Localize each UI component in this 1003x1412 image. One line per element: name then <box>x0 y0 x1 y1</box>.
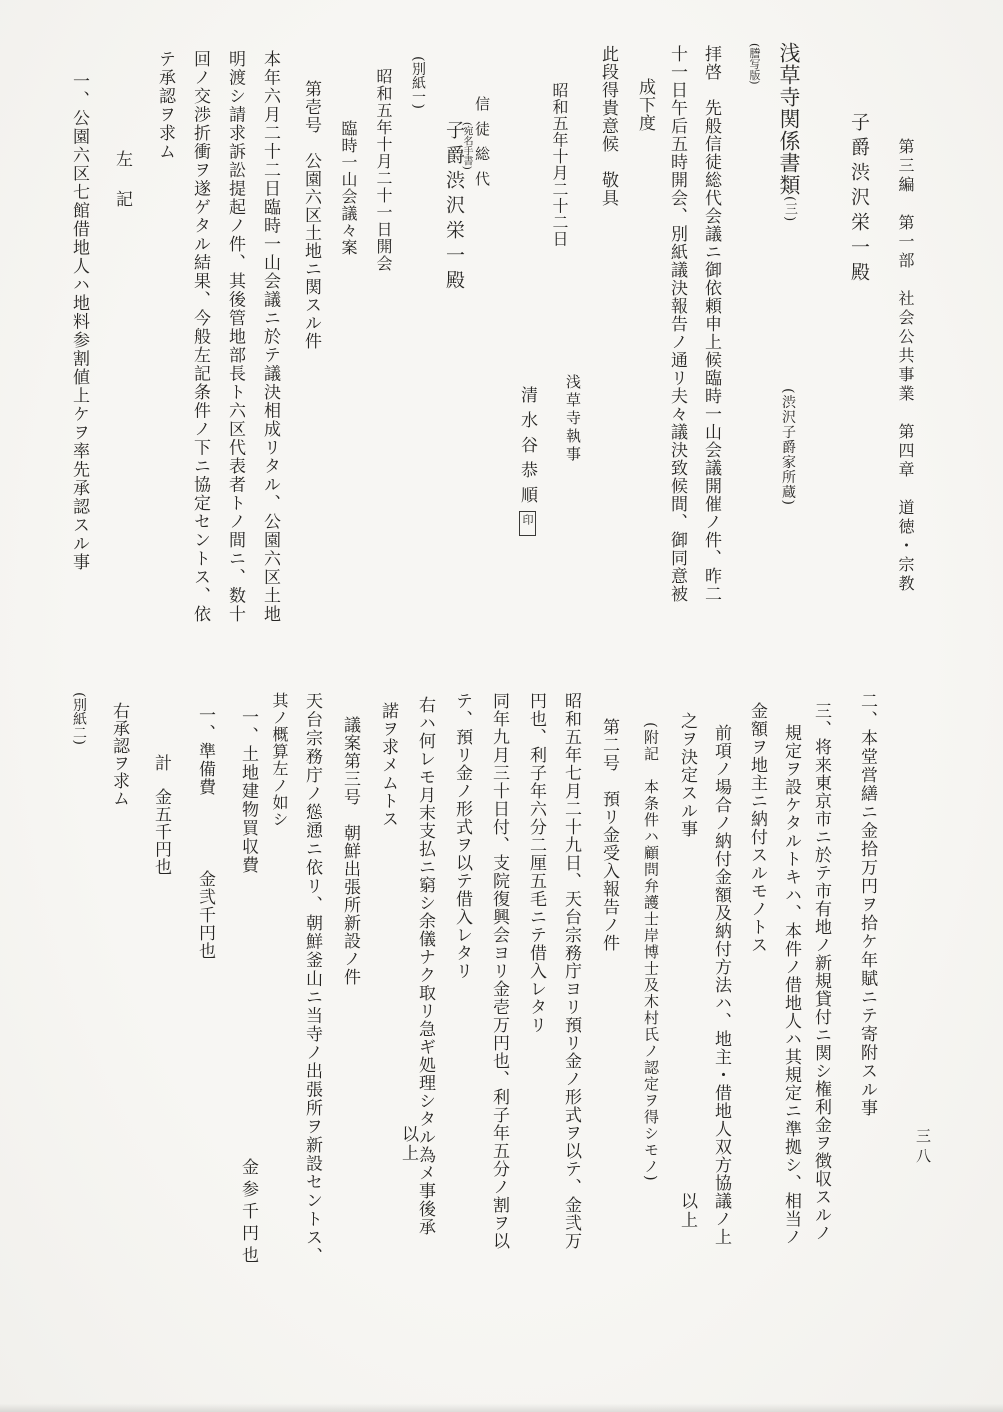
agenda-item1-line-4: テ承認ヲ求ム <box>156 50 173 161</box>
document-source-note: (渋沢子爵家所蔵) <box>781 388 795 506</box>
agenda-condition-3-line-1: 三、将来東京市ニ於テ市有地ノ新規貸付ニ関シ権利金ヲ徴収スルノ <box>812 702 829 1242</box>
item3-approval-request: 右承認ヲ求ム <box>110 702 127 807</box>
agenda-item3-line-2: 其ノ概算左ノ如シ <box>271 692 287 828</box>
letter-line-1: 拝啓 先般信徒総代会議ニ御依頼申上候臨時一山会議開催ノ件、昨二 <box>702 45 719 603</box>
recipient-name: 子爵渋沢栄一殿 <box>444 120 463 295</box>
sender-name: 清水谷恭順印 <box>518 386 542 536</box>
agenda-item1-title: 第壱号 公園六区土地ニ関スル件 <box>302 80 319 350</box>
header-addressee: 子爵渋沢栄一殿 <box>849 112 868 287</box>
agenda-item2-line-3: 同年九月三十日付、支院復興会ヨリ金壱万円也、利子年五分ノ割ヲ以 <box>490 692 507 1250</box>
recipient-role: 信徒総代 <box>474 96 489 196</box>
agenda-condition-3-line-2: 規定ヲ設ケタルトキハ、本件ノ借地人ハ其規定ニ準拠シ、相当ノ <box>782 724 799 1246</box>
annex1-meeting-name: 臨時一山会議々案 <box>340 120 356 256</box>
agenda-condition-1: 一、公園六区七館借地人ハ地料参割値上ケヲ率先承認スル事 <box>70 72 87 572</box>
item1-end-marker: 以上 <box>678 1192 695 1230</box>
agenda-condition-3-line-3: 金額ヲ地主ニ納付スルモノトス <box>748 702 765 954</box>
agenda-item2-line-4: テ、預リ金ノ形式ヲ以テ借入レタリ <box>453 692 470 980</box>
agenda-item2-line-2: 円也、利子年六分二厘五毛ニテ借入レタリ <box>527 692 544 1034</box>
letter-line-2: 十一日午后五時開会、別紙議決報告ノ通リ夫々議決致候間、御同意被 <box>668 45 685 603</box>
agenda-condition-3-line-5: 之ヲ決定スル事 <box>678 712 695 838</box>
annex1-label: (別紙一) <box>411 56 425 109</box>
annex2-label: (別紙二) <box>72 692 86 745</box>
agenda-item3-line-1: 天台宗務庁ノ慫慂ニ依リ、朝鮮釜山ニ当寺ノ出張所ヲ新設セントス、 <box>303 692 320 1266</box>
item3-cost2-label: 一、準備費 <box>196 706 213 796</box>
document-page: { "page": { "number": "三八" }, "header": … <box>0 0 1003 1412</box>
agenda-item2-line-1: 昭和五年七月二十九日、天台宗務庁ヨリ預リ金ノ形式ヲ以テ、金弐万 <box>562 692 579 1250</box>
print-note: (謄写版) <box>749 43 760 85</box>
item1-postscript: (附記 本条件ハ顧問弁護士岸博士及木村氏ノ認定ヲ得シモノ) <box>643 722 658 1182</box>
agenda-item2-line-5: 右ハ何レモ月末支払ニ窮シ余儀ナク取リ急ギ処理シタル為メ事後承 <box>416 696 433 1236</box>
agenda-item2-title: 第二号 預リ金受入報告ノ件 <box>600 718 617 952</box>
item3-total-label: 計 <box>152 754 169 771</box>
agenda-saki-heading: 左 記 <box>113 150 130 210</box>
letter-date: 昭和五年十月二十二日 <box>551 82 567 247</box>
sender-title: 浅草寺執事 <box>565 374 580 464</box>
sender-name-text: 清水谷恭順 <box>517 386 537 511</box>
agenda-item3-title: 議案第三号 朝鮮出張所新設ノ件 <box>341 716 358 986</box>
agenda-condition-2: 二、本堂営繕ニ金拾万円ヲ拾ケ年賦ニテ寄附スル事 <box>858 692 875 1118</box>
document-title-number: (三) <box>782 196 797 222</box>
letter-closing: 此段得貴意候 敬具 <box>599 45 616 207</box>
annex1-meeting-date: 昭和五年十月二十一日開会 <box>375 68 391 272</box>
agenda-item2-line-6: 諾ヲ求メムトス <box>379 702 396 828</box>
agenda-item1-line-2: 明渡シ請求訴訟提起ノ件、其後管地部長ト六区代表者トノ間ニ、数十 <box>226 50 243 624</box>
agenda-item1-line-3: 回ノ交渉折衝ヲ遂ゲタル結果、今般左記条件ノ下ニ協定セントス、依 <box>191 50 208 624</box>
item3-cost1-label: 一、土地建物買収費 <box>239 708 256 875</box>
item3-total-value: 金五千円也 <box>152 788 169 876</box>
page-number: 三八 <box>915 1128 930 1168</box>
seal-character: 印 <box>521 514 534 533</box>
item3-cost1-value: 金参千円也 <box>239 1158 256 1268</box>
agenda-item1-line-1: 本年六月二十二日臨時一山会議ニ於テ議決相成リタル、公園六区土地 <box>261 50 278 624</box>
item3-cost2-value: 金弐千円也 <box>196 870 213 960</box>
document-title: 浅草寺関係書類(三) <box>778 42 799 222</box>
letter-line-3: 成下度 <box>636 78 653 132</box>
seal-stamp: 印 <box>519 511 536 536</box>
item2-end-marker: 以上 <box>399 1125 416 1163</box>
document-title-text: 浅草寺関係書類 <box>777 42 801 196</box>
agenda-condition-3-line-4: 前項ノ場合ノ納付金額及納付方法ハ、地主・借地人双方協議ノ上 <box>712 724 729 1246</box>
running-head: 第三編 第一部 社会公共事業 第四章 道徳・宗教 <box>897 138 913 594</box>
